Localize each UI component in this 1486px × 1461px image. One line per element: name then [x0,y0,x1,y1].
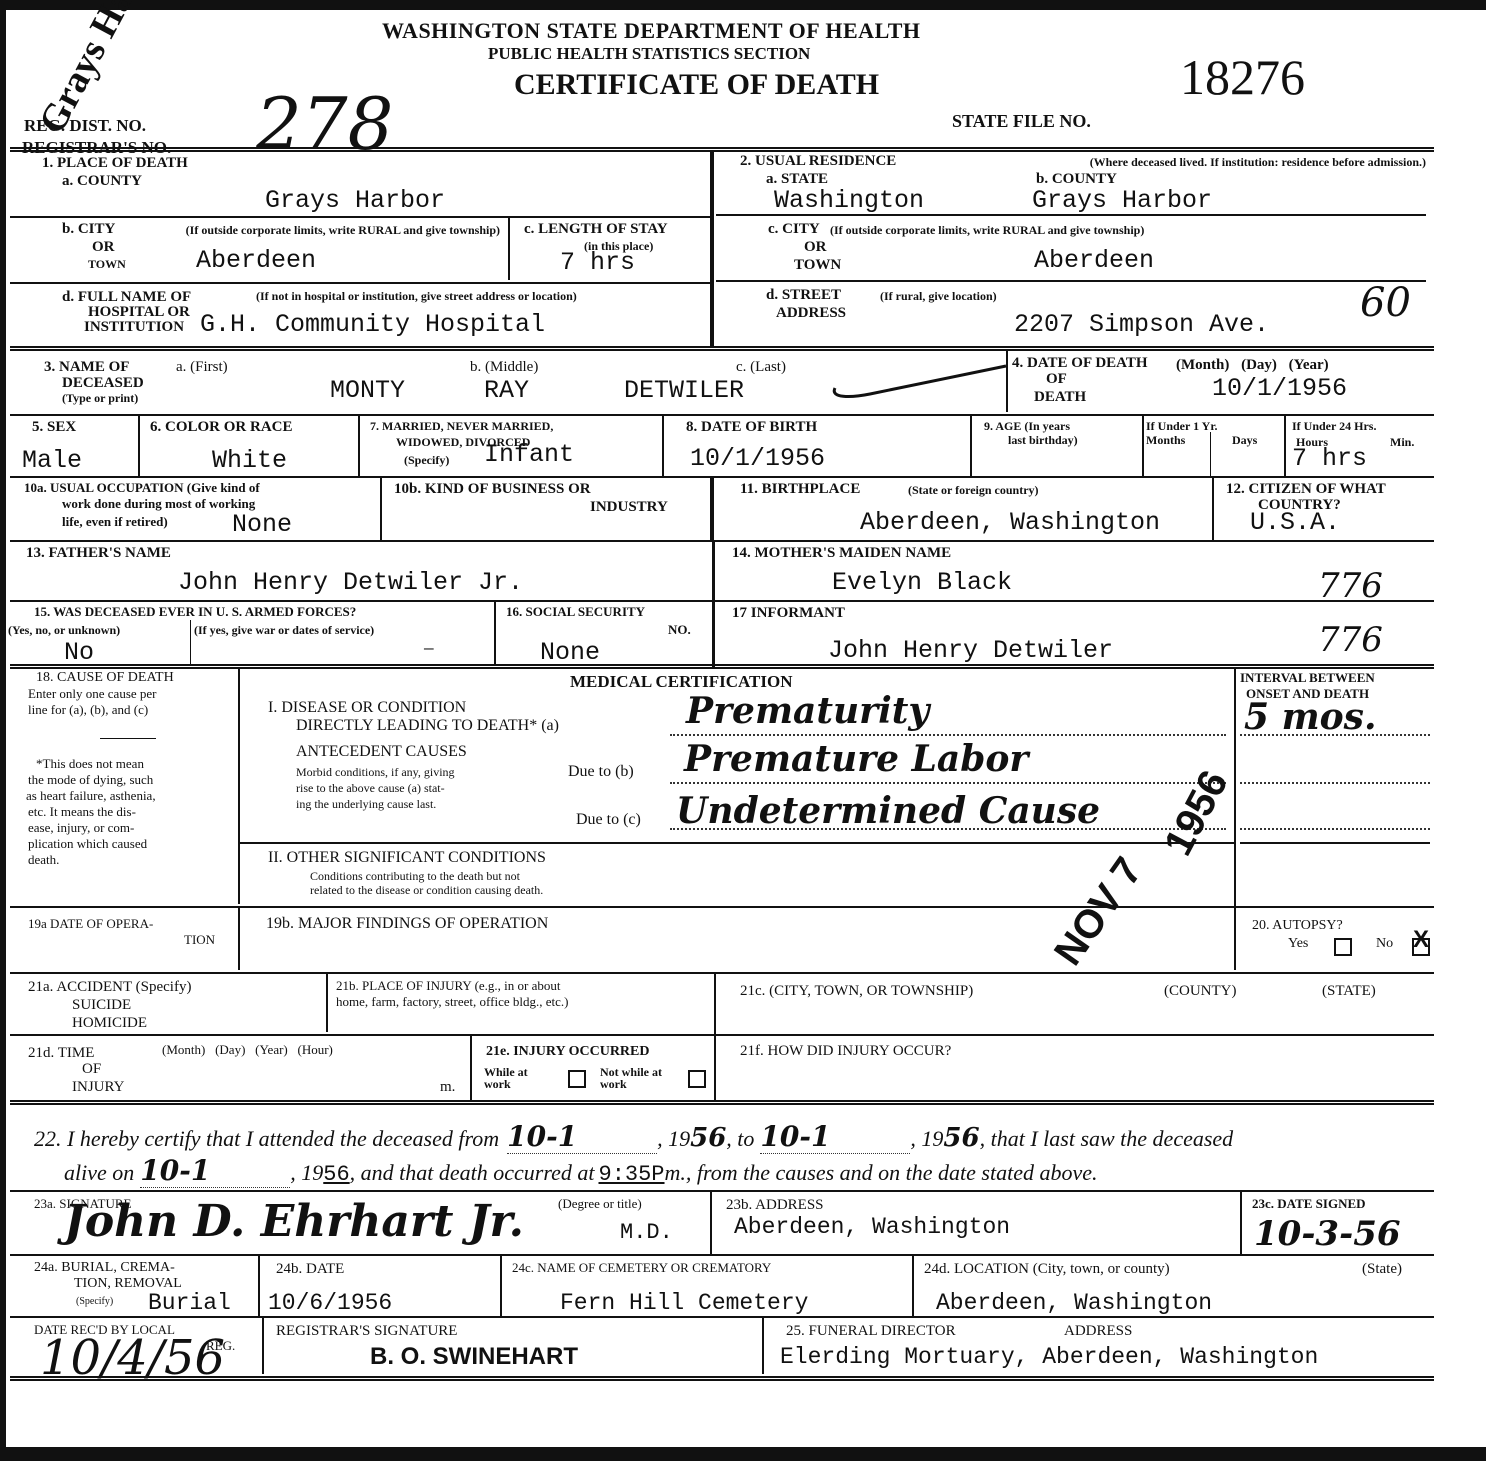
race-label: 6. COLOR OR RACE [150,420,293,435]
physician-address-value: Aberdeen, Washington [734,1214,1010,1240]
degree-label: (Degree or title) [558,1198,642,1210]
marital-label: 7. MARRIED, NEVER MARRIED, [370,420,553,432]
funeral-director-label: 25. FUNERAL DIRECTOR [786,1324,956,1339]
date-of-death-value: 10/1/1956 [1212,376,1347,402]
deceased-name-label: 3. NAME OF [44,360,129,375]
residence-address-label: ADDRESS [776,306,846,321]
father-label: 13. FATHER'S NAME [26,546,171,561]
funeral-address-label: ADDRESS [1064,1324,1132,1339]
burial-location-label: 24d. LOCATION (City, town, or county) [924,1262,1170,1277]
residence-street-value: 2207 Simpson Ave. [1014,312,1269,338]
physician-address-label: 23b. ADDRESS [726,1198,824,1213]
alive-on-label: alive on [64,1160,134,1185]
date-of-death-death: DEATH [1034,390,1086,405]
usual-residence-note: (Where deceased lived. If institution: r… [980,156,1426,168]
part1-label: I. DISEASE OR CONDITION [268,700,466,715]
injury-county-label: (COUNTY) [1164,984,1237,999]
ssn-label-2: NO. [668,624,691,636]
usual-residence-label: 2. USUAL RESIDENCE [740,154,896,169]
footnote-6: plication which caused [28,838,147,850]
residence-annotation: 60 [1360,280,1411,326]
not-while-at-work-label: Not while at work [600,1066,680,1090]
burial-type-label: 24a. BURIAL, CREMA- [34,1262,175,1274]
hours-value: 7 hrs [1292,446,1367,472]
cause-a-value: Prematurity [686,690,929,732]
last-seen-alive-date: 10-1 [140,1154,290,1188]
injury-type-label-3: HOMICIDE [72,1016,147,1031]
place-of-death-label: 1. PLACE OF DEATH [42,156,188,171]
cause-b-value: Premature Labor [684,738,1028,780]
hospital-label: d. FULL NAME OF [62,290,191,305]
attended-from-date: 10-1 [507,1120,657,1154]
certify-text-end: m., from the causes and on the date stat… [665,1160,1098,1185]
footnote-5: ease, injury, or com- [28,822,134,834]
dob-label: 8. DATE OF BIRTH [686,420,817,435]
death-county-value: Grays Harbor [265,188,445,214]
footnote-1: *This does not mean [36,758,144,770]
length-of-stay-value: 7 hrs [560,250,635,276]
not-while-at-work-checkbox[interactable] [688,1070,706,1088]
part2-label: II. OTHER SIGNIFICANT CONDITIONS [268,850,546,865]
armed-forces-value: No [64,640,94,666]
first-name-label: a. (First) [176,360,228,375]
residence-street-note: (If rural, give location) [880,290,997,302]
death-city-value: Aberdeen [196,248,316,274]
injury-occurred-label: 21e. INJURY OCCURRED [486,1044,649,1059]
deceased-name-label-2: DECEASED [62,376,144,391]
informant-label: 17 INFORMANT [732,606,845,621]
date-signed-value: 10-3-56 [1254,1214,1401,1254]
cemetery-value: Fern Hill Cemetery [560,1290,808,1316]
citizen-label: 12. CITIZEN OF WHAT [1226,482,1386,497]
father-value: John Henry Detwiler Jr. [178,570,523,596]
sex-label: 5. SEX [32,420,76,435]
age-label-2: last birthday) [1008,434,1078,446]
death-time-value: 9:35P [599,1162,665,1187]
armed-service-value: — [424,636,434,662]
date-of-death-label: 4. DATE OF DEATH [1012,356,1148,371]
while-at-work-label: While at work [484,1066,540,1090]
death-city-label: b. CITY [62,222,115,237]
residence-state-value: Washington [774,188,924,214]
business-label-2: INDUSTRY [590,500,668,515]
burial-state-label: (State) [1362,1262,1402,1277]
hospital-note: (If not in hospital or institution, give… [256,290,692,302]
birthplace-note: (State or foreign country) [908,484,1039,496]
armed-forces-label: 15. WAS DECEASED EVER IN U. S. ARMED FOR… [34,606,356,618]
residence-city-label: c. CITY [768,222,820,237]
ssn-value: None [540,640,600,666]
operation-findings-label: 19b. MAJOR FINDINGS OF OPERATION [266,916,548,931]
business-label: 10b. KIND OF BUSINESS OR [394,482,591,497]
last-name-label: c. (Last) [736,360,786,375]
part2-note-1: Conditions contributing to the death but… [310,870,520,882]
state-file-number: 18276 [1180,48,1305,106]
hospital-label-3: INSTITUTION [84,320,184,335]
burial-date-value: 10/6/1956 [268,1290,392,1316]
antecedent-note-2: rise to the above cause (a) stat- [296,782,445,794]
autopsy-no-label: No [1376,936,1393,951]
state-file-label: STATE FILE NO. [952,114,1091,129]
injury-location-label: 21c. (CITY, TOWN, OR TOWNSHIP) [740,984,973,999]
alive-year-prefix: , 19 [290,1160,323,1185]
residence-street-label: d. STREET [766,288,841,303]
cause-note-1: Enter only one cause per [28,688,157,700]
funeral-director-value: Elerding Mortuary, Aberdeen, Washington [780,1344,1318,1370]
injury-place-label: 21b. PLACE OF INJURY (e.g., in or about [336,980,561,992]
interval-label: INTERVAL BETWEEN [1240,672,1375,684]
under-24hrs-label: If Under 24 Hrs. [1292,420,1376,432]
autopsy-yes-checkbox[interactable] [1334,938,1352,956]
middle-name-label: b. (Middle) [470,360,538,375]
to-year-prefix: , 19 [910,1126,943,1151]
dob-value: 10/1/1956 [690,446,825,472]
certify-line-2: alive on10-1, 1956, and that death occur… [64,1154,1098,1188]
death-city-town-label: TOWN [88,258,126,270]
cause-c-value: Undetermined Cause [676,790,1100,832]
attended-to-year: 56 [943,1123,979,1153]
days-label: Days [1232,434,1257,446]
months-label: Months [1146,434,1185,446]
mother-label: 14. MOTHER'S MAIDEN NAME [732,546,951,561]
death-occurred-label: , and that death occurred at [350,1160,595,1185]
antecedent-note-3: ing the underlying cause last. [296,798,436,810]
injury-time-label-3: INJURY [72,1080,125,1095]
operation-date-label: 19a DATE OF OPERA- [28,918,153,930]
burial-specify-label: (Specify) [76,1296,113,1308]
attended-to-date: 10-1 [760,1120,910,1154]
section-heading: PUBLIC HEALTH STATISTICS SECTION [488,44,810,64]
injury-type-label: 21a. ACCIDENT (Specify) [28,980,191,995]
footnote-2: the mode of dying, such [28,774,153,786]
department-heading: WASHINGTON STATE DEPARTMENT OF HEALTH [382,18,921,44]
footnote-4: etc. It means the dis- [28,806,136,818]
marital-specify-label: (Specify) [404,454,449,466]
marital-value: Infant [484,442,574,468]
residence-state-label: a. STATE [766,172,828,187]
occupation-label: 10a. USUAL OCCUPATION (Give kind of [24,482,260,494]
residence-city-town-label: TOWN [794,258,841,273]
residence-county-value: Grays Harbor [1032,188,1212,214]
attended-from-year: 56 [690,1123,726,1153]
burial-location-value: Aberdeen, Washington [936,1290,1212,1316]
deceased-name-label-3: (Type or print) [62,392,138,404]
certify-text-a: 22. I hereby certify that I attended the… [34,1126,499,1151]
physician-signature: John D. Ehrhart Jr. [64,1196,524,1247]
injury-type-label-2: SUICIDE [72,998,131,1013]
certify-text-b: , that I last saw the deceased [980,1126,1234,1151]
cause-note-2: line for (a), (b), and (c) [28,704,148,716]
certificate-title: CERTIFICATE OF DEATH [514,68,879,102]
registrar-signature-value: B. O. SWINEHART [370,1344,578,1370]
injury-time-columns: (Month) (Day) (Year) (Hour) [162,1044,333,1056]
last-name-value: DETWILER [624,378,744,404]
date-of-death-of: OF [1046,372,1067,387]
under-1yr-label: If Under 1 Yr. [1146,420,1218,432]
injury-time-label-2: OF [82,1062,101,1077]
injury-time-m: m. [440,1080,455,1095]
age-label: 9. AGE (In years [984,420,1070,432]
occupation-value: None [232,512,292,538]
autopsy-no-mark: X [1413,926,1429,954]
while-at-work-checkbox[interactable] [568,1070,586,1088]
death-city-note: (If outside corporate limits, write RURA… [150,224,500,236]
date-signed-label: 23c. DATE SIGNED [1252,1198,1366,1210]
part2-note-2: related to the disease or condition caus… [310,884,543,896]
degree-value: M.D. [620,1220,673,1246]
antecedent-label: ANTECEDENT CAUSES [296,744,467,759]
antecedent-note-1: Morbid conditions, if any, giving [296,766,455,778]
middle-name-value: RAY [484,378,529,404]
armed-forces-sub1: (Yes, no, or unknown) [8,624,120,636]
hospital-value: G.H. Community Hospital [200,312,545,338]
birthplace-value: Aberdeen, Washington [860,510,1160,536]
occupation-label-3: life, even if retired) [62,516,168,528]
length-of-stay-label: c. LENGTH OF STAY [524,222,668,237]
medical-certification-title: MEDICAL CERTIFICATION [570,674,792,689]
to-label: , to [726,1126,754,1151]
cemetery-label: 24c. NAME OF CEMETERY OR CREMATORY [512,1262,771,1274]
armed-forces-sub2: (If yes, give war or dates of service) [194,624,374,636]
sex-value: Male [22,448,82,474]
informant-code: 776 [1318,620,1383,660]
cause-of-death-label: 18. CAUSE OF DEATH [36,670,174,685]
reg-dist-label: REG. DIST. NO. [24,118,146,133]
burial-type-label-2: TION, REMOVAL [74,1278,182,1290]
occupation-label-2: work done during most of working [62,498,255,510]
footnote-7: death. [28,854,59,866]
autopsy-yes-label: Yes [1288,936,1308,951]
hospital-label-2: HOSPITAL OR [88,305,190,320]
footnote-3: as heart failure, asthenia, [26,790,156,802]
operation-date-label-2: TION [184,934,215,946]
injury-state-label: (STATE) [1322,984,1376,999]
injury-how-label: 21f. HOW DID INJURY OCCUR? [740,1044,951,1059]
death-city-or-label: OR [92,240,115,255]
certify-line-1: 22. I hereby certify that I attended the… [34,1120,1233,1154]
registrar-no-value: 278 [256,82,393,166]
residence-city-note: (If outside corporate limits, write RURA… [830,224,1144,236]
registrar-signature-label: REGISTRAR'S SIGNATURE [276,1324,457,1339]
citizen-value: U.S.A. [1250,510,1340,536]
from-year-prefix: , 19 [657,1126,690,1151]
first-name-value: MONTY [330,378,405,404]
part1-label-2: DIRECTLY LEADING TO DEATH* (a) [296,718,559,733]
interval-a-value: 5 mos. [1244,696,1377,738]
birthplace-label: 11. BIRTHPLACE [740,482,860,497]
residence-county-label: b. COUNTY [1036,172,1117,187]
death-county-label: a. COUNTY [62,174,142,189]
autopsy-label: 20. AUTOPSY? [1252,918,1343,933]
race-value: White [212,448,287,474]
injury-time-label: 21d. TIME [28,1046,94,1061]
ssn-label: 16. SOCIAL SECURITY [506,606,645,618]
residence-city-or-label: OR [804,240,827,255]
mother-value: Evelyn Black [832,570,1012,596]
due-to-b-label: Due to (b) [568,764,634,779]
burial-type-value: Burial [148,1290,231,1316]
residence-city-value: Aberdeen [1034,248,1154,274]
min-label: Min. [1390,436,1414,448]
date-of-death-columns: (Month) (Day) (Year) [1176,358,1329,373]
cross-out-stroke [830,360,1010,400]
last-seen-alive-year: 56 [323,1162,349,1187]
due-to-c-label: Due to (c) [576,812,641,827]
injury-place-label-2: home, farm, factory, street, office bldg… [336,996,568,1008]
informant-value: John Henry Detwiler [828,638,1113,664]
burial-date-label: 24b. DATE [276,1262,344,1277]
